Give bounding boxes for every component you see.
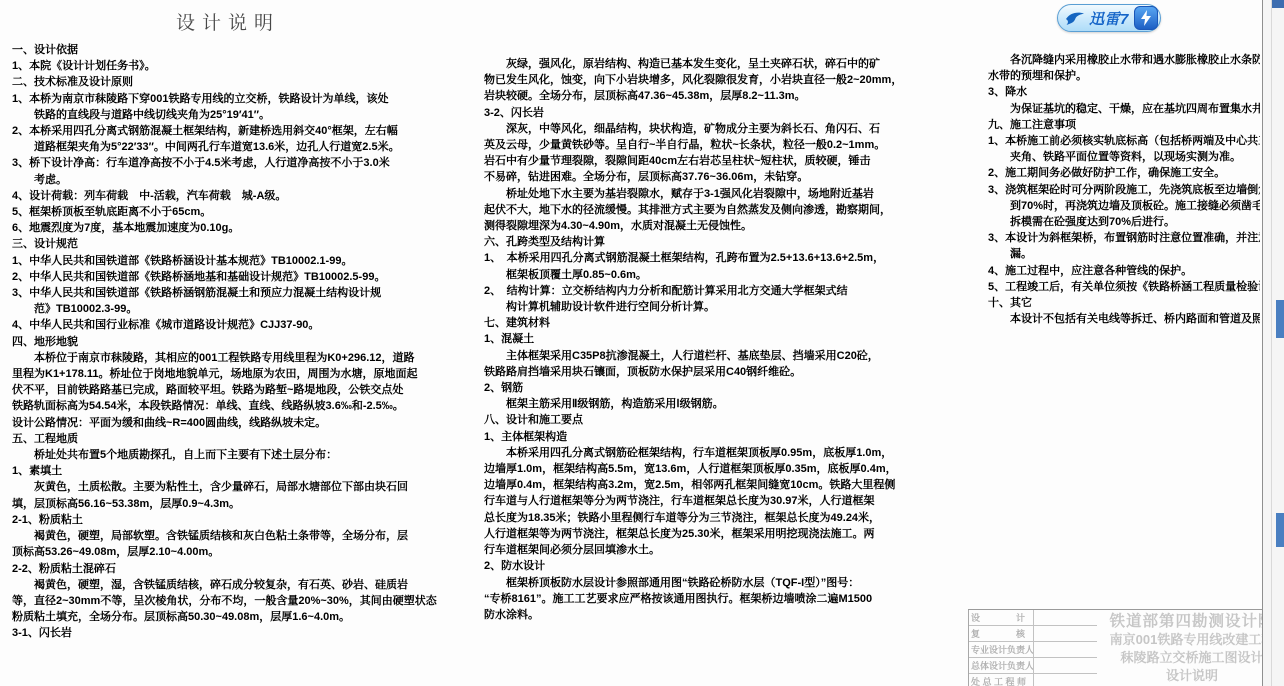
notes-column-left: 一、设计依据 1、本院《设计计划任务书》。 二、技术标准及设计原则 1、本桥为南…	[12, 42, 474, 642]
right-edge-inner-line	[1271, 0, 1272, 686]
table-row: 总体设计负责人	[969, 658, 1097, 674]
signature-value-cell	[1033, 642, 1097, 657]
sheet-title: 设计说明	[1100, 667, 1284, 685]
subproject-name: 秣陵路立交桥施工图设计	[1100, 649, 1284, 667]
signature-label-checker: 复 核	[969, 626, 1033, 641]
notes-column-middle: 灰绿，强风化，原岩结构、构造已基本发生变化，呈土夹碎石状，碎石中的矿 物已发生风…	[484, 56, 956, 623]
signature-label-overall-lead: 总体设计负责人	[969, 658, 1033, 673]
right-edge-strip	[1263, 0, 1284, 686]
signature-value-cell	[1033, 658, 1097, 673]
table-row: 处 总 工 程 师	[969, 674, 1097, 686]
table-row: 设 计	[969, 610, 1097, 626]
signature-value-cell	[1033, 674, 1097, 686]
institute-name: 铁道部第四勘测设计院	[1100, 612, 1284, 631]
signature-label-designer: 设 计	[969, 610, 1033, 625]
title-block-signature-table: 设 计 复 核 专业设计负责人 总体设计负责人 处 总 工 程 师	[968, 610, 1097, 686]
signature-label-chief-engineer: 处 总 工 程 师	[969, 674, 1033, 686]
xunlei-watermark[interactable]: 迅雷7	[1057, 4, 1161, 32]
notes-column-right: 各沉降缝内采用橡胶止水带和遇水膨胀橡胶止水条防 水带的预埋和保护。 3、降水 为…	[988, 52, 1260, 327]
signature-value-cell	[1033, 610, 1097, 625]
title-block-project-titles: 铁道部第四勘测设计院 南京001铁路专用线改建工程 秣陵路立交桥施工图设计 设计…	[1100, 612, 1284, 685]
sheet-border-line	[1262, 0, 1263, 686]
project-name: 南京001铁路专用线改建工程	[1100, 631, 1284, 649]
lightning-icon[interactable]	[1134, 6, 1158, 30]
right-edge-ui-fragment	[1276, 300, 1284, 338]
page-title: 设计说明	[176, 8, 280, 35]
table-row: 复 核	[969, 626, 1097, 642]
right-edge-ui-fragment	[1272, 0, 1284, 8]
xunlei-pill[interactable]: 迅雷7	[1057, 4, 1161, 32]
design-notes-sheet: 设计说明 一、设计依据 1、本院《设计计划任务书》。 二、技术标准及设计原则 1…	[0, 0, 1284, 686]
table-row: 专业设计负责人	[969, 642, 1097, 658]
xunlei-label: 迅雷7	[1089, 8, 1129, 29]
signature-label-specialty-lead: 专业设计负责人	[969, 642, 1033, 657]
signature-value-cell	[1033, 626, 1097, 641]
bird-icon	[1065, 11, 1085, 26]
right-edge-ui-fragment	[1276, 513, 1284, 547]
